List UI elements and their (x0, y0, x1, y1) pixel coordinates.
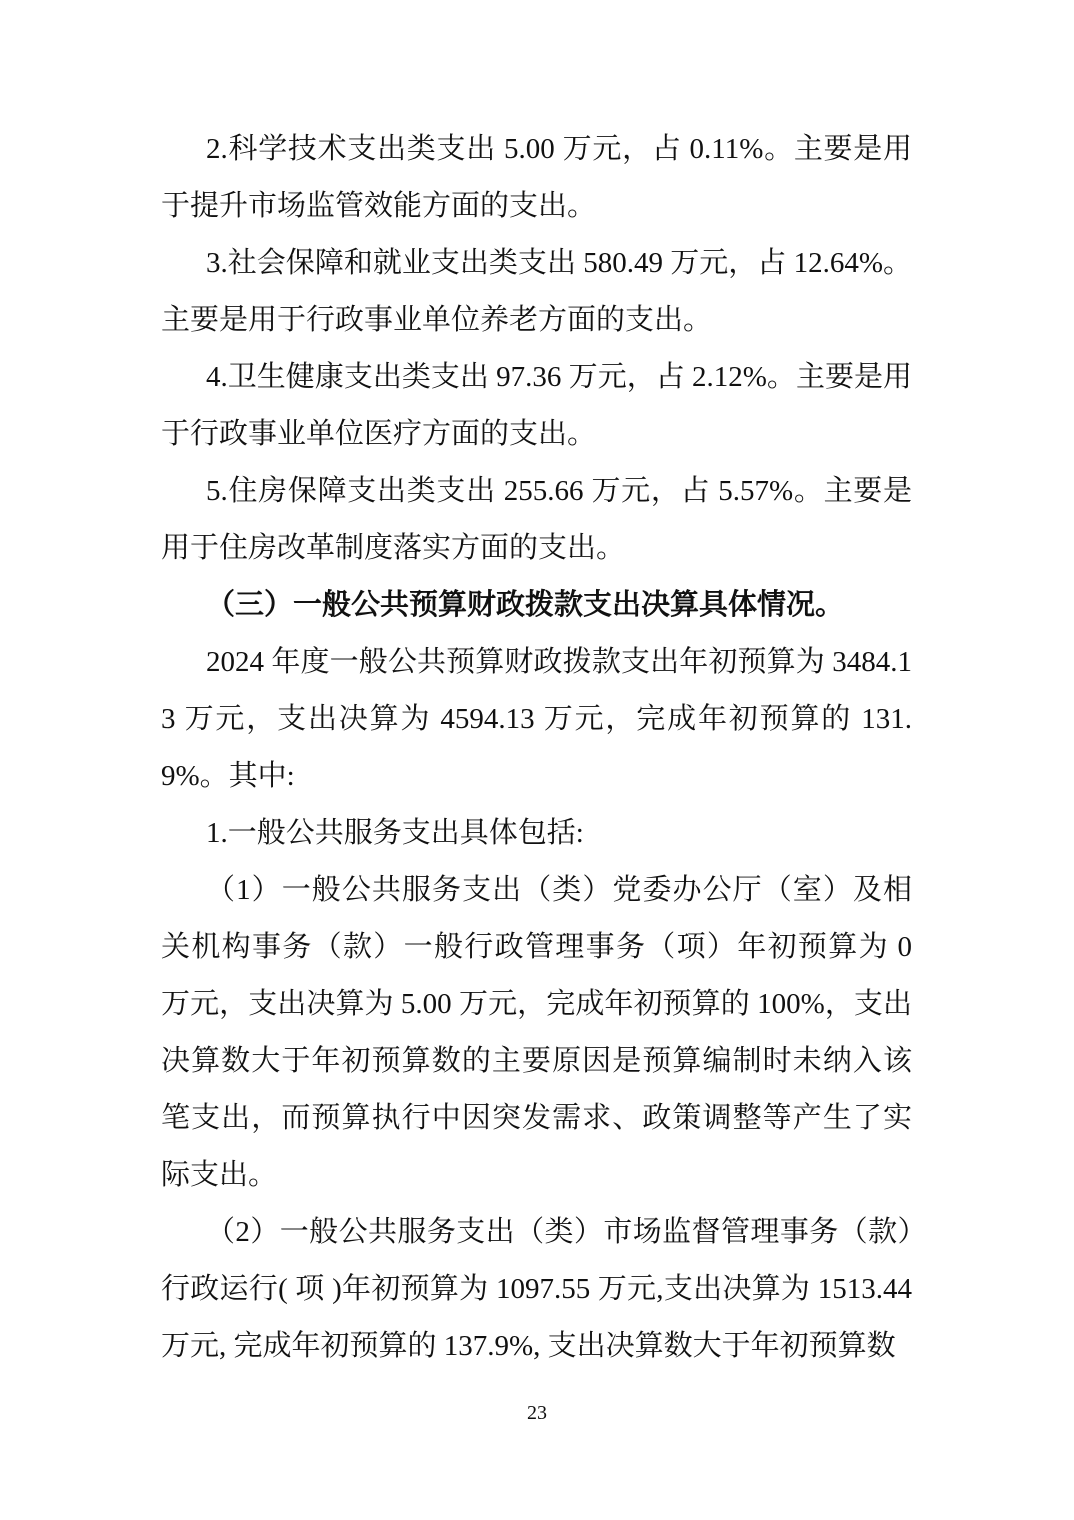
heading-section-three: （三）一般公共预算财政拨款支出决算具体情况。 (161, 577, 912, 634)
document-page: { "document": { "paragraphs": [ { "id": … (0, 0, 1074, 1520)
para-health-expenditure: 4.卫生健康支出类支出 97.36 万元，占 2.12%。主要是用于行政事业单位… (161, 349, 912, 463)
para-housing-expenditure: 5.住房保障支出类支出 255.66 万元，占 5.57%。主要是用于住房改革制… (161, 463, 912, 577)
document-body: 2.科学技术支出类支出 5.00 万元，占 0.11%。主要是用于提升市场监管效… (161, 121, 912, 1375)
para-budget-overview: 2024 年度一般公共预算财政拨款支出年初预算为 3484.13 万元，支出决算… (161, 634, 912, 805)
para-social-security-expenditure: 3.社会保障和就业支出类支出 580.49 万元，占 12.64%。主要是用于行… (161, 235, 912, 349)
para-item-2: （2）一般公共服务支出（类）市场监督管理事务（款）行政运行( 项 )年初预算为 … (161, 1204, 912, 1375)
page-number: 23 (0, 1398, 1074, 1428)
para-general-public-service-intro: 1.一般公共服务支出具体包括: (161, 805, 912, 862)
para-science-tech-expenditure: 2.科学技术支出类支出 5.00 万元，占 0.11%。主要是用于提升市场监管效… (161, 121, 912, 235)
para-item-1: （1）一般公共服务支出（类）党委办公厅（室）及相关机构事务（款）一般行政管理事务… (161, 862, 912, 1204)
